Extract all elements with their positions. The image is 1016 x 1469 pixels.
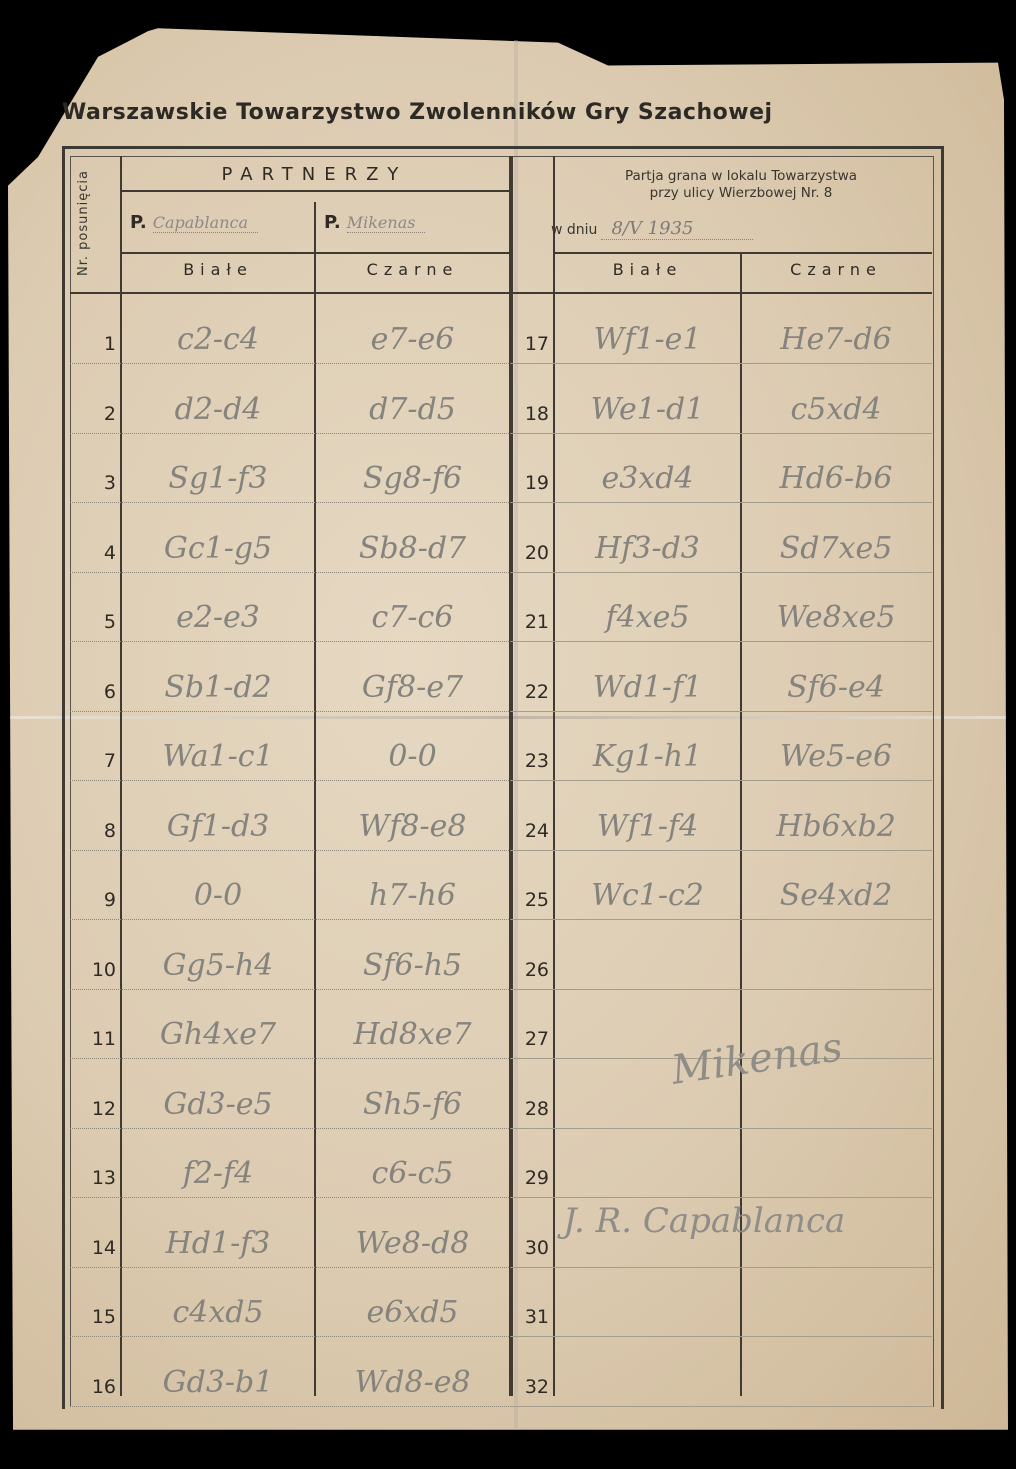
move-number: 32 [511, 1376, 549, 1398]
move-row: 15c4xd5e6xd5 [70, 1267, 511, 1337]
white-column-header: Białe [555, 260, 740, 279]
white-move: Wf1-e1 [555, 322, 740, 357]
move-number: 25 [511, 889, 549, 911]
white-move: Wf1-f4 [555, 809, 740, 844]
header-rule [122, 190, 511, 192]
move-row: 4Gc1-g5Sb8-d7 [70, 503, 511, 573]
white-move: Wd1-f1 [555, 670, 740, 705]
white-move: Gg5-h4 [122, 948, 314, 983]
move-number: 11 [70, 1028, 116, 1050]
black-move: Gf8-e7 [316, 670, 509, 705]
white-move: Wc1-c2 [555, 878, 740, 913]
black-prefix: P. [324, 212, 341, 233]
move-number: 17 [511, 333, 549, 355]
black-column-header: Czarne [742, 260, 930, 279]
move-row: 17Wf1-e1He7-d6 [511, 294, 932, 364]
move-number: 29 [511, 1167, 549, 1189]
black-move: Sd7xe5 [742, 531, 930, 566]
black-move: 0-0 [316, 739, 509, 774]
date-value: 8/V 1935 [601, 218, 753, 240]
move-row: 11Gh4xe7Hd8xe7 [70, 989, 511, 1059]
move-number: 7 [70, 750, 116, 772]
black-move: e6xd5 [316, 1295, 509, 1330]
black-move: Sh5-f6 [316, 1087, 509, 1122]
white-move: Gh4xe7 [122, 1017, 314, 1052]
move-row: 32 [511, 1337, 932, 1407]
black-move: c5xd4 [742, 392, 930, 427]
move-number: 23 [511, 750, 549, 772]
move-number: 14 [70, 1237, 116, 1259]
black-move: Hd8xe7 [316, 1017, 509, 1052]
white-move: Sb1-d2 [122, 670, 314, 705]
move-number: 2 [70, 403, 116, 425]
black-move: c6-c5 [316, 1156, 509, 1191]
move-row: 3Sg1-f3Sg8-f6 [70, 433, 511, 503]
white-move: Hd1-f3 [122, 1226, 314, 1261]
move-number: 4 [70, 542, 116, 564]
black-move: He7-d6 [742, 322, 930, 357]
move-number: 5 [70, 611, 116, 633]
black-move: Se4xd2 [742, 878, 930, 913]
move-row: 26 [511, 920, 932, 990]
move-row: 23Kg1-h1We5-e6 [511, 711, 932, 781]
white-move: Gd3-e5 [122, 1087, 314, 1122]
white-move: Hf3-d3 [555, 531, 740, 566]
black-move: c7-c6 [316, 600, 509, 635]
white-move: Gc1-g5 [122, 531, 314, 566]
venue-line-2: przy ulicy Wierzbowej Nr. 8 [551, 185, 931, 202]
white-move: Sg1-f3 [122, 461, 314, 496]
white-move: Wa1-c1 [122, 739, 314, 774]
move-number: 22 [511, 681, 549, 703]
move-number: 19 [511, 472, 549, 494]
move-row: 10Gg5-h4Sf6-h5 [70, 920, 511, 990]
move-row: 12Gd3-e5Sh5-f6 [70, 1059, 511, 1129]
move-row: 13f2-f4c6-c5 [70, 1128, 511, 1198]
move-number: 26 [511, 959, 549, 981]
black-move: Sf6-e4 [742, 670, 930, 705]
black-move: Sg8-f6 [316, 461, 509, 496]
black-move: We8xe5 [742, 600, 930, 635]
white-move: 0-0 [122, 878, 314, 913]
white-player-name: Capablanca [153, 213, 258, 233]
moves-table-left: Nr. posunięcia PARTNERZY P.Capablanca P.… [70, 156, 511, 1396]
venue-line-1: Partja grana w lokalu Towarzystwa [551, 168, 931, 185]
move-row: 8Gf1-d3Wf8-e8 [70, 781, 511, 851]
move-number: 8 [70, 820, 116, 842]
move-row: 25Wc1-c2Se4xd2 [511, 850, 932, 920]
move-number: 1 [70, 333, 116, 355]
black-move: Wf8-e8 [316, 809, 509, 844]
white-move: e2-e3 [122, 600, 314, 635]
society-title: Warszawskie Towarzystwo Zwolenników Gry … [62, 100, 942, 125]
black-move: Hd6-b6 [742, 461, 930, 496]
white-move: c2-c4 [122, 322, 314, 357]
black-player-field: P.Mikenas [324, 212, 425, 233]
move-row: 7Wa1-c10-0 [70, 711, 511, 781]
header-rule [555, 252, 932, 254]
partners-heading: PARTNERZY [122, 164, 507, 185]
black-move: Wd8-e8 [316, 1365, 509, 1400]
move-row: 19e3xd4Hd6-b6 [511, 433, 932, 503]
black-player-name: Mikenas [347, 213, 426, 233]
move-row: 20Hf3-d3Sd7xe5 [511, 503, 932, 573]
date-field: w dniu8/V 1935 [551, 218, 753, 239]
move-number: 21 [511, 611, 549, 633]
black-move: We5-e6 [742, 739, 930, 774]
date-label: w dniu [551, 222, 597, 238]
move-row: 14Hd1-f3We8-d8 [70, 1198, 511, 1268]
move-row: 16Gd3-b1Wd8-e8 [70, 1337, 511, 1407]
move-row: 90-0h7-h6 [70, 850, 511, 920]
white-move: We1-d1 [555, 392, 740, 427]
move-number: 27 [511, 1028, 549, 1050]
white-move: Gf1-d3 [122, 809, 314, 844]
white-move: Kg1-h1 [555, 739, 740, 774]
move-number: 30 [511, 1237, 549, 1259]
moves-table-right: Partja grana w lokalu Towarzystwa przy u… [511, 156, 932, 1396]
move-row: 1c2-c4e7-e6 [70, 294, 511, 364]
move-row: 31 [511, 1267, 932, 1337]
black-move: d7-d5 [316, 392, 509, 427]
move-number: 3 [70, 472, 116, 494]
white-move: c4xd5 [122, 1295, 314, 1330]
white-player-field: P.Capablanca [130, 212, 258, 233]
move-number: 9 [70, 889, 116, 911]
move-row: 2d2-d4d7-d5 [70, 364, 511, 434]
move-number: 15 [70, 1306, 116, 1328]
white-move: Gd3-b1 [122, 1365, 314, 1400]
white-move: f2-f4 [122, 1156, 314, 1191]
black-move: Sf6-h5 [316, 948, 509, 983]
move-row: 22Wd1-f1Sf6-e4 [511, 642, 932, 712]
white-move: d2-d4 [122, 392, 314, 427]
black-move: e7-e6 [316, 322, 509, 357]
white-move: e3xd4 [555, 461, 740, 496]
move-number: 13 [70, 1167, 116, 1189]
move-row: 6Sb1-d2Gf8-e7 [70, 642, 511, 712]
black-move: h7-h6 [316, 878, 509, 913]
white-move: f4xe5 [555, 600, 740, 635]
move-number: 6 [70, 681, 116, 703]
move-row: 29 [511, 1128, 932, 1198]
move-number: 10 [70, 959, 116, 981]
move-number: 31 [511, 1306, 549, 1328]
venue-text: Partja grana w lokalu Towarzystwa przy u… [551, 168, 931, 202]
move-number: 18 [511, 403, 549, 425]
move-number: 12 [70, 1098, 116, 1120]
signature-capablanca: J. R. Capablanca [563, 1201, 845, 1241]
black-column-header: Czarne [316, 260, 509, 279]
move-row: 18We1-d1c5xd4 [511, 364, 932, 434]
move-number: 28 [511, 1098, 549, 1120]
move-row: 24Wf1-f4Hb6xb2 [511, 781, 932, 851]
black-move: Sb8-d7 [316, 531, 509, 566]
black-move: Hb6xb2 [742, 809, 930, 844]
header-rule [122, 252, 511, 254]
move-number: 20 [511, 542, 549, 564]
move-row: 5e2-e3c7-c6 [70, 572, 511, 642]
move-number-label: Nr. posunięcia [76, 156, 91, 276]
white-prefix: P. [130, 212, 147, 233]
white-column-header: Białe [122, 260, 314, 279]
move-number: 16 [70, 1376, 116, 1398]
move-row: 21f4xe5We8xe5 [511, 572, 932, 642]
black-move: We8-d8 [316, 1226, 509, 1261]
move-number: 24 [511, 820, 549, 842]
